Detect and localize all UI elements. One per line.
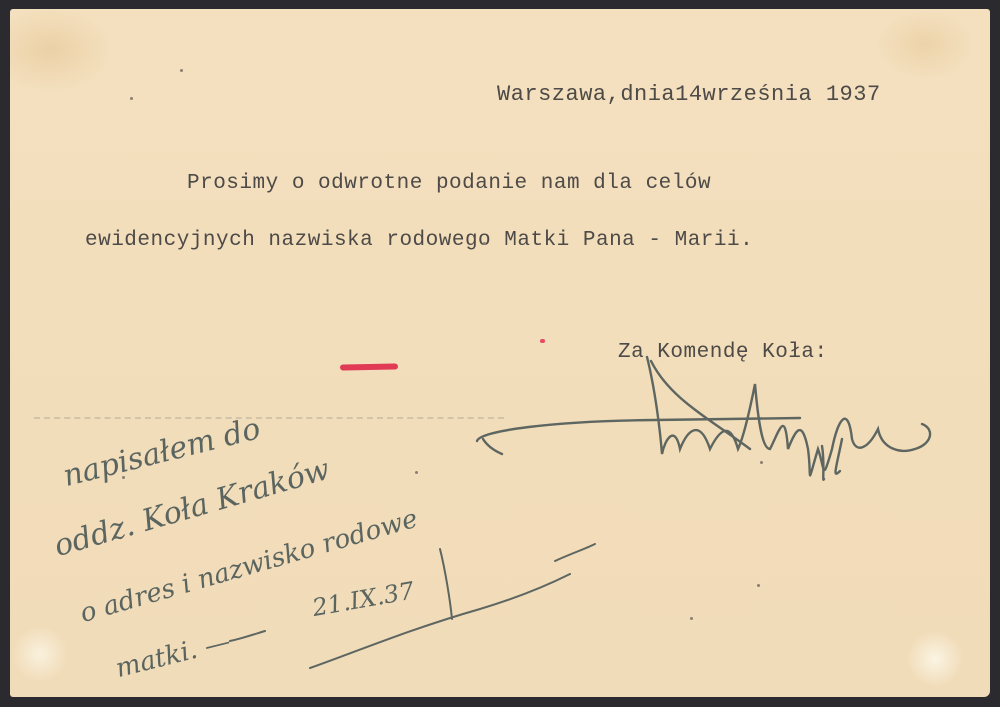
postcard: Warszawa,dnia14września 1937 Prosimy o o… bbox=[10, 9, 990, 697]
